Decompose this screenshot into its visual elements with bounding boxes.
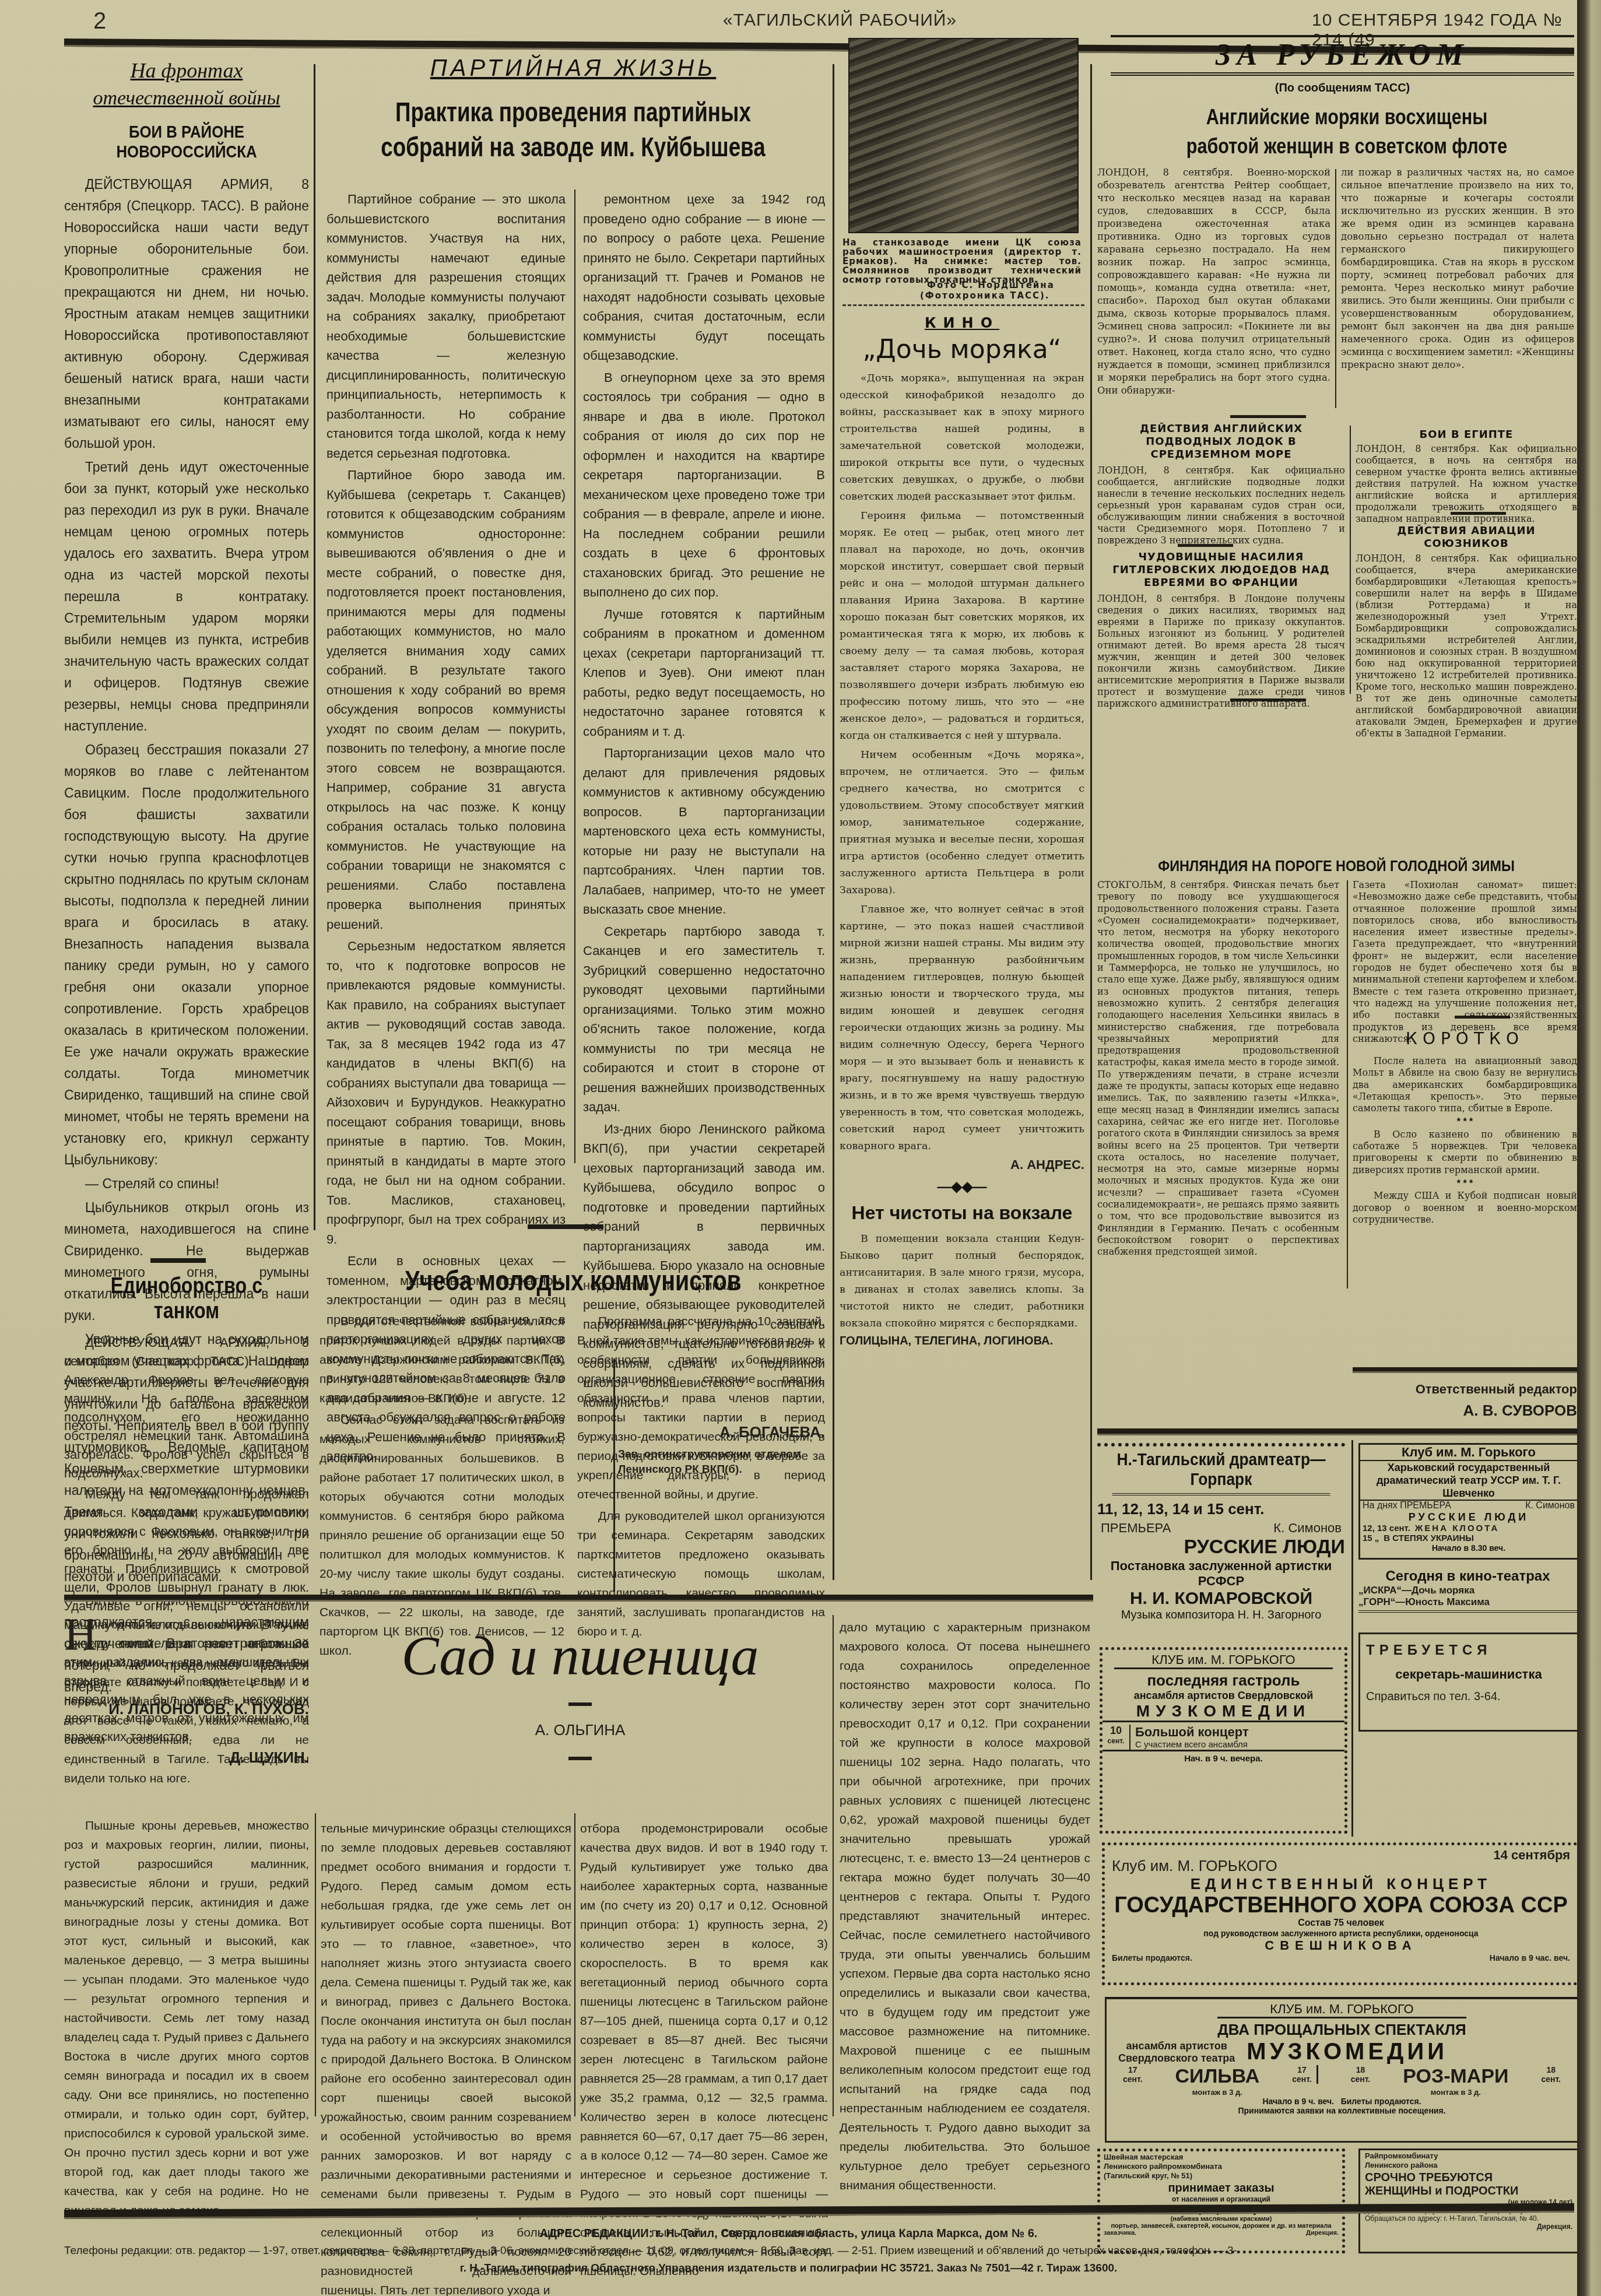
column-divider — [1351, 1440, 1353, 1837]
station-headline: Нет чистоты на вокзале — [840, 1202, 1084, 1224]
ornament-separator: —◆◆— — [840, 1178, 1084, 1195]
signature: А. АНДРЕС. — [840, 1157, 1084, 1172]
rubric: КИНО — [840, 315, 1084, 331]
footer-phones: Телефоны редакции: отв. редактор — 1-97,… — [64, 2245, 1577, 2258]
kharkov-theatre-ad: Клуб им. М. Горького Харьковский государ… — [1358, 1443, 1577, 1560]
separator — [1451, 512, 1506, 515]
separator — [1353, 1367, 1577, 1373]
photo-caption: На станкозаводе имени ЦК союза рабочих м… — [842, 238, 1082, 285]
muzkomedy-concert-ad: КЛУБ им. М. ГОРЬКОГО последняя гастроль … — [1100, 1647, 1347, 1834]
column-divider — [574, 189, 575, 1163]
headline: „Дочь моряка“ — [840, 335, 1084, 364]
photo-credit-line1: Фото С. Нордштейна — [927, 280, 1055, 290]
station-signature: ГОЛИЦЫНА, ТЕЛЕГИНА, ЛОГИНОВА. — [840, 1335, 1084, 1348]
rubric-line2: отечественной войны — [64, 87, 309, 110]
choir-concert-ad: Клуб им. М. ГОРЬКОГО 14 сентября ЕДИНСТВ… — [1102, 1842, 1577, 1985]
footer-address: АДРЕС РЕДАКЦИИ: г. Н.-Тагил, Свердловска… — [0, 2227, 1577, 2241]
editor-name: А. В. СУВОРОВ — [1353, 1402, 1577, 1420]
lead-col-2: ли пожар в различных частях на, но самое… — [1341, 166, 1574, 371]
young-col-1: В дни отечественной войны усилился прито… — [320, 1312, 564, 1663]
page-number: 2 — [93, 8, 107, 34]
column-divider — [315, 1813, 316, 2116]
finland-col-1: СТОКГОЛЬМ, 8 сентября. Финская печать бь… — [1097, 879, 1339, 1258]
factory-photo — [848, 38, 1079, 233]
headline: Единоборство с танком — [83, 1274, 291, 1324]
photo-credit-line2: (Фотохроника ТАСС). — [920, 290, 1050, 301]
job-ad: ТРЕБУЕТСЯ секретарь-машинистка Справитьс… — [1358, 1633, 1577, 1732]
aviation-article: ДЕЙСТВИЯ АВИАЦИИ СОЮЗНИКОВ ЛОНДОН, 8 сен… — [1356, 525, 1577, 739]
rubric: ПАРТИЙНАЯ ЖИЗНЬ — [320, 55, 827, 82]
drama-theatre-ad: Н.-Тагильский драмтеатр—Горпарк 11, 12, … — [1097, 1443, 1345, 1622]
rubric: ЗА РУБЕЖОМ — [1111, 37, 1574, 73]
column-divider — [1090, 64, 1092, 1580]
short-news-item: Между США и Кубой подписан новый договор… — [1353, 1190, 1577, 1226]
drop-cap: Н — [64, 1615, 100, 1653]
separator — [1097, 1428, 1577, 1435]
garden-col-1: Пышные кроны деревьев, множество роз и м… — [64, 1816, 309, 2223]
separator — [528, 1224, 603, 1229]
young-communists-headline: Учеба молодых коммунистов — [365, 1265, 781, 1297]
garden-title-block: Сад и пшеница А. ОЛЬГИНА — [326, 1627, 834, 1760]
egypt-article: БОИ В ЕГИПТЕ ЛОНДОН, 8 сентября. Как офи… — [1356, 429, 1577, 525]
headline: Сад и пшеница — [326, 1627, 834, 1685]
rubric-line1: На фронтах — [64, 58, 309, 83]
short-news-item: После налета на авиационный завод Мольт … — [1353, 1055, 1577, 1114]
submarines-article: ДЕЙСТВИЯ АНГЛИЙСКИХ ПОДВОДНЫХ ЛОДОК В СР… — [1097, 423, 1345, 546]
lead-headline: Английские моряки восхищены работой женщ… — [1174, 103, 1521, 161]
column-divider — [833, 1615, 834, 2116]
separator — [1230, 698, 1306, 701]
atrocities-article: ЧУДОВИЩНЫЕ НАСИЛИЯ ГИТЛЕРОВСКИХ ЛЮДОЕДОВ… — [1097, 551, 1345, 710]
young-col-2: Программа рассчитана на 10 занятий. В не… — [577, 1312, 825, 1644]
column-divider — [574, 1813, 575, 2116]
paper-name: «ТАГИЛЬСКИЙ РАБОЧИЙ» — [723, 10, 957, 30]
station-body: В помещении вокзала станции Кедун-Быково… — [840, 1231, 1084, 1332]
finland-headline: ФИНЛЯНДИЯ НА ПОРОГЕ НОВОЙ ГОЛОДНОЙ ЗИМЫ — [1121, 857, 1551, 875]
lead-col-1: ЛОНДОН, 8 сентября. Военно-морской обозр… — [1097, 166, 1330, 397]
separator — [1178, 544, 1233, 547]
column-divider — [1347, 880, 1348, 1289]
binding-edge — [1577, 0, 1601, 2296]
abroad-banner: ЗА РУБЕЖОМ — [1111, 35, 1574, 76]
party-life-article: ПАРТИЙНАЯ ЖИЗНЬ Практика проведения парт… — [320, 55, 827, 164]
wavy-separator — [842, 304, 1084, 306]
column-divider — [1335, 169, 1336, 408]
kino-article: КИНО „Дочь моряка“ «Дочь моряка», выпуще… — [840, 309, 1084, 1348]
short-news-item: В Осло казнено по обвинению в саботаже 5… — [1353, 1129, 1577, 1176]
source-note: (По сообщениям ТАСС) — [1111, 82, 1574, 95]
headline: БОИ В РАЙОНЕ НОВОРОССИЙСКА — [81, 122, 292, 162]
garden-col-2: тельные мичуринские образцы стелющихся п… — [321, 1819, 571, 2296]
garden-intro: Н а одной из отдаленных улиц Тагила, у с… — [64, 1615, 309, 1788]
short-news-rubric: КОРОТКО — [1353, 1029, 1577, 1048]
finland-col-2: Газета «Похиолан саномат» пишет: «Невозм… — [1353, 879, 1577, 1045]
footer-printer: г. Н.-Тагил, типография Областного Управ… — [0, 2262, 1577, 2275]
column-divider — [833, 64, 834, 1580]
editor-label: Ответственный редактор — [1353, 1382, 1577, 1397]
author: А. ОЛЬГИНА — [326, 1721, 834, 1739]
cinema-ad: Сегодня в кино-театрах „ИСКРА“—Дочь моря… — [1358, 1568, 1577, 1613]
article-body: «Дочь моряка», выпущенная на экран одесс… — [840, 370, 1084, 1155]
separator — [64, 1595, 1093, 1602]
separator — [1230, 415, 1306, 418]
column-divider — [314, 64, 315, 1230]
separator — [1455, 1016, 1510, 1019]
separator — [150, 1258, 206, 1263]
column-divider — [1350, 426, 1351, 694]
short-news-list: После налета на авиационный завод Мольт … — [1353, 1055, 1577, 1228]
garden-col-4: дало мутацию с характерным признаком мах… — [840, 1618, 1090, 2195]
farewell-shows-ad: КЛУБ им. М. ГОРЬКОГО ДВА ПРОЩАЛЬНЫХ СПЕК… — [1105, 1997, 1577, 2143]
newspaper-page: 2 «ТАГИЛЬСКИЙ РАБОЧИЙ» 10 СЕНТЯБРЯ 1942 … — [0, 0, 1577, 2296]
headline: Практика проведения партийных собраний н… — [370, 94, 776, 164]
